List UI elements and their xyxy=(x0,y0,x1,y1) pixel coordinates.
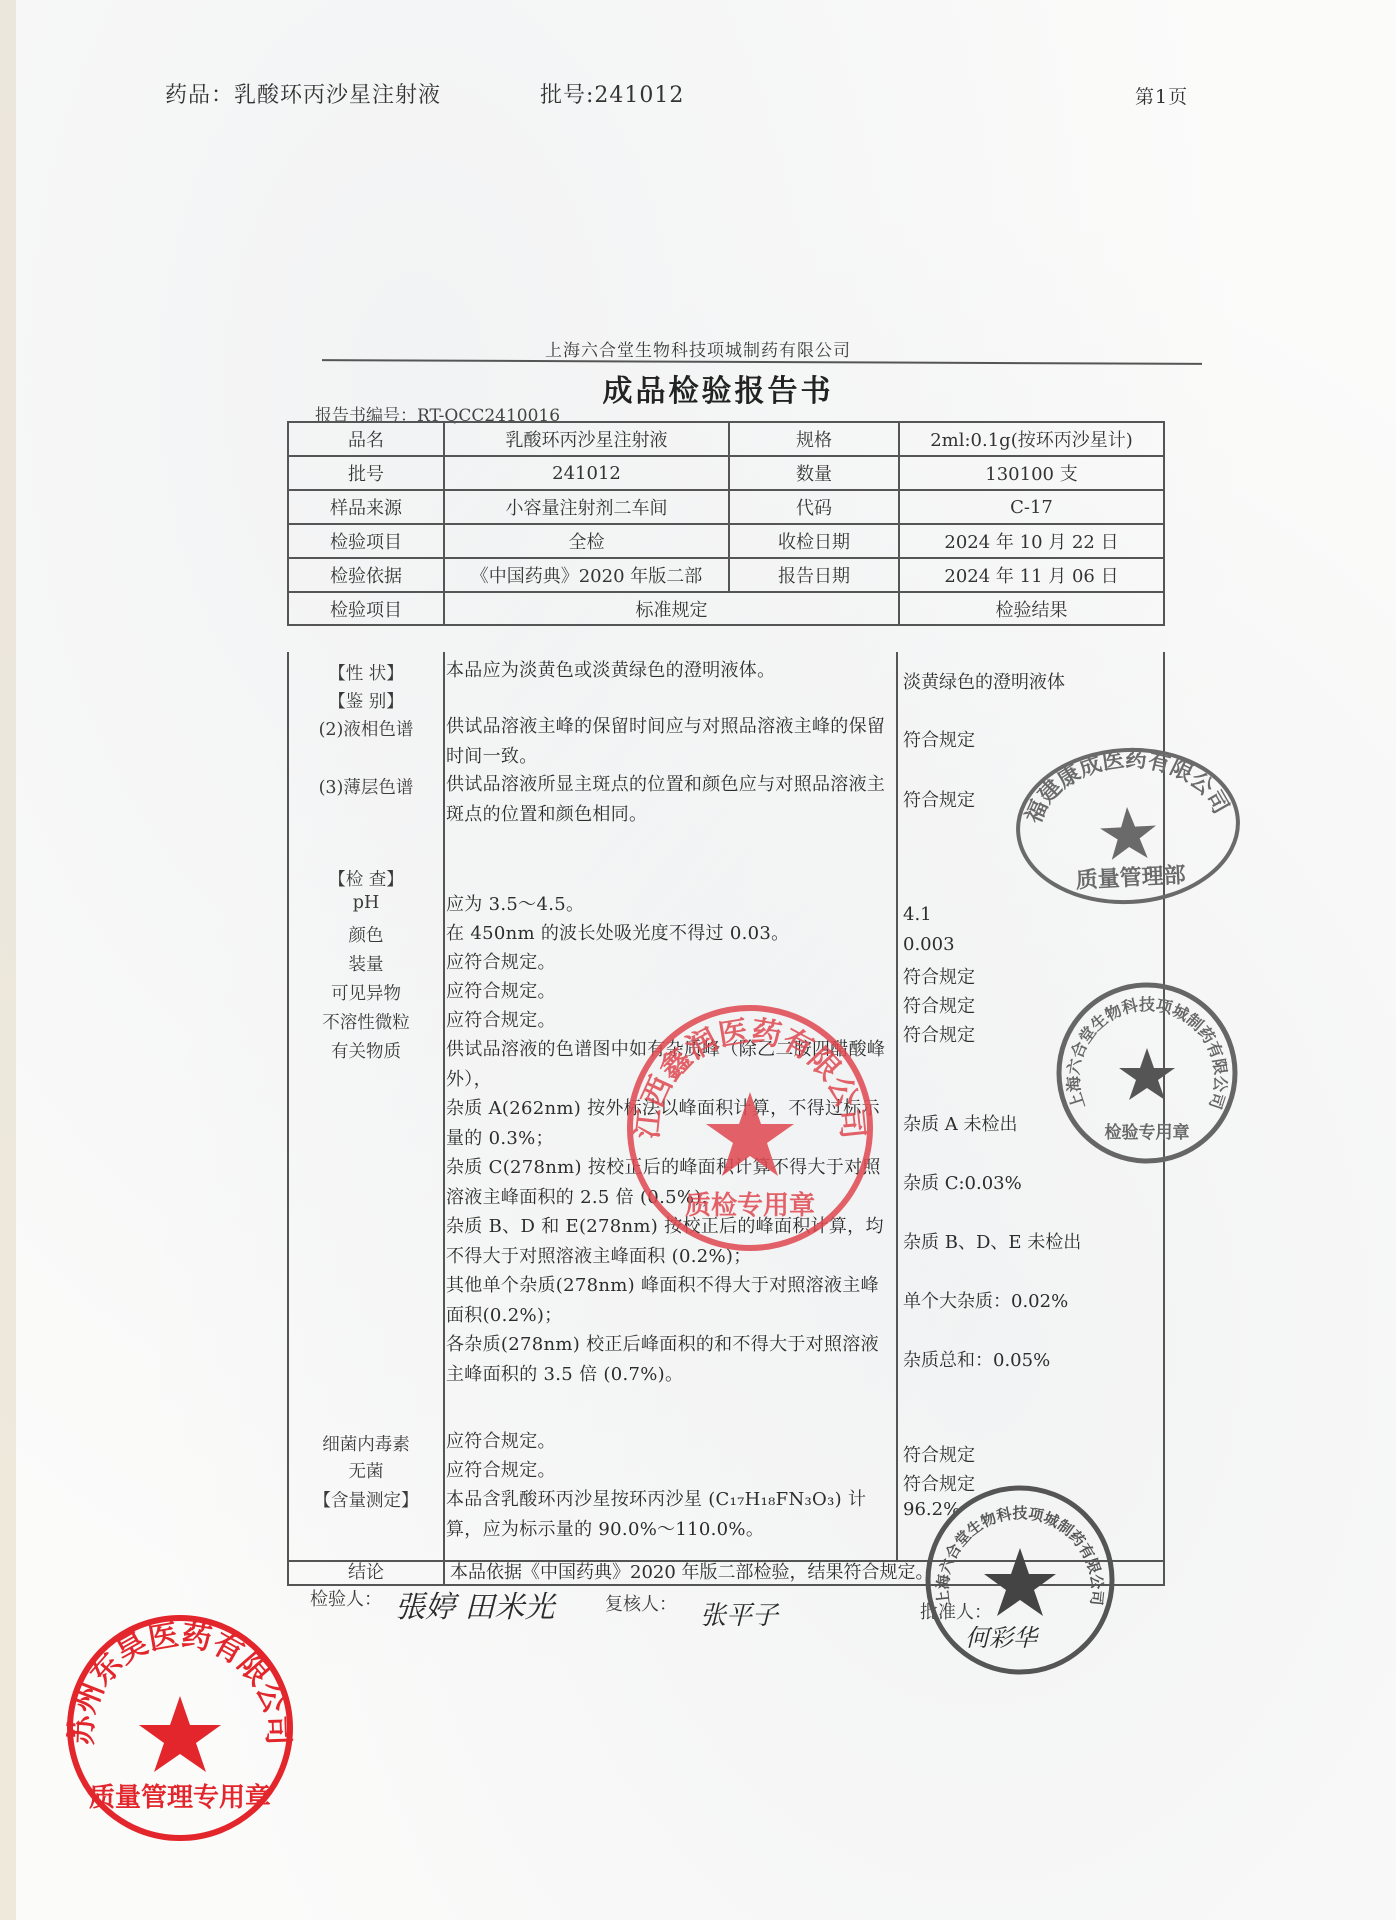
standard-ph: 应为 3.5～4.5。 xyxy=(446,890,896,920)
scan-edge xyxy=(0,0,16,1920)
info-label: 报告日期 xyxy=(729,558,899,592)
result-single-impurity: 单个大杂质：0.02% xyxy=(903,1287,1153,1313)
info-row: 检验项目全检收检日期2024 年 10 月 22 日 xyxy=(288,524,1164,558)
company-name: 上海六合堂生物科技项城制药有限公司 xyxy=(0,336,1396,361)
svg-text:检验专用章: 检验专用章 xyxy=(1105,1122,1190,1143)
info-label: 代码 xyxy=(729,490,899,524)
label-endotoxin: 细菌内毒素 xyxy=(289,1431,443,1456)
label-identification: 【鉴 别】 xyxy=(289,688,443,713)
stamp-oval-quality-dept: 福建康成医药有限公司 质量管理部 xyxy=(1009,739,1247,913)
standard-sterility: 应符合规定。 xyxy=(446,1456,896,1486)
info-value: 全检 xyxy=(444,524,729,558)
info-table: 品名乳酸环丙沙星注射液规格2ml:0.1g(按环丙沙星计)批号241012数量1… xyxy=(287,421,1165,626)
standard-endotoxin: 应符合规定。 xyxy=(446,1427,896,1457)
table-header-row: 检验项目 标准规定 检验结果 xyxy=(288,592,1164,625)
info-label: 样品来源 xyxy=(288,490,444,524)
label-color: 颜色 xyxy=(289,922,443,947)
header-item: 检验项目 xyxy=(288,592,444,625)
info-label: 收检日期 xyxy=(729,524,899,558)
info-row: 样品来源小容量注射剂二车间代码C-17 xyxy=(288,490,1164,524)
info-value: 2024 年 11 月 06 日 xyxy=(899,558,1164,592)
label-sterility: 无菌 xyxy=(289,1458,443,1483)
standard-appearance: 本品应为淡黄色或淡黄绿色的澄明液体。 xyxy=(446,656,896,686)
header-result: 检验结果 xyxy=(899,592,1164,625)
info-row: 品名乳酸环丙沙星注射液规格2ml:0.1g(按环丙沙星计) xyxy=(288,422,1164,456)
label-hplc: (2)液相色谱 xyxy=(289,716,443,741)
result-color: 0.003 xyxy=(903,934,1153,955)
info-label: 规格 xyxy=(729,422,899,456)
standard-single-impurity: 其他单个杂质(278nm) 峰面积不得大于对照溶液主峰面积(0.2%)； xyxy=(446,1271,896,1330)
label-inspection: 【检 查】 xyxy=(289,866,443,891)
column-divider xyxy=(896,652,898,1560)
stamp-round-red-corner: 苏州东昊医药有限公司 质量管理专用章 xyxy=(62,1610,298,1846)
stamp-round-red-qc: 江西鑫润医药有限公司 质检专用章 xyxy=(622,1000,878,1256)
result-impurity-bde: 杂质 B、D、E 未检出 xyxy=(903,1228,1153,1254)
info-value: 小容量注射剂二车间 xyxy=(444,490,729,524)
reviewer-label: 复核人： xyxy=(605,1590,677,1616)
label-ph: pH xyxy=(289,893,443,913)
label-fill-volume: 装量 xyxy=(289,951,443,976)
info-value: 乳酸环丙沙星注射液 xyxy=(444,422,729,456)
info-label: 批号 xyxy=(288,456,444,490)
label-insoluble-particles: 不溶性微粒 xyxy=(289,1009,443,1034)
info-value: 130100 支 xyxy=(899,456,1164,490)
svg-text:质量管理部: 质量管理部 xyxy=(1075,862,1186,894)
info-label: 检验项目 xyxy=(288,524,444,558)
label-tlc: (3)薄层色谱 xyxy=(289,774,443,799)
page-number: 第1页 xyxy=(1135,82,1188,109)
standard-color: 在 450nm 的波长处吸光度不得过 0.03。 xyxy=(446,919,896,949)
svg-text:质检专用章: 质检专用章 xyxy=(685,1190,815,1221)
header-standard: 标准规定 xyxy=(444,592,899,625)
standard-fill-volume: 应符合规定。 xyxy=(446,948,896,978)
standard-assay: 本品含乳酸环丙沙星按环丙沙星 (C₁₇H₁₈FN₃O₃) 计算，应为标示量的 9… xyxy=(446,1485,896,1544)
stamp-round-gray-approver: 上海六合堂生物科技项城制药有限公司 xyxy=(920,1480,1120,1680)
report-title: 成品检验报告书 xyxy=(20,366,1396,410)
batch-number-header: 批号:241012 xyxy=(540,78,684,109)
standard-total-impurity: 各杂质(278nm) 校正后峰面积的和不得大于对照溶液主峰面积的 3.5 倍 (… xyxy=(446,1330,896,1389)
info-label: 品名 xyxy=(288,422,444,456)
drug-name-header: 药品：乳酸环丙沙星注射液 xyxy=(165,78,441,109)
info-value: 《中国药典》2020 年版二部 xyxy=(444,558,729,592)
result-total-impurity: 杂质总和：0.05% xyxy=(903,1346,1153,1372)
standard-tlc: 供试品溶液所显主斑点的位置和颜色应与对照品溶液主斑点的位置和颜色相同。 xyxy=(446,770,896,829)
inspector-signature: 張婷 田米光 xyxy=(395,1582,555,1626)
label-visible-particles: 可见异物 xyxy=(289,980,443,1005)
label-appearance: 【性 状】 xyxy=(289,660,443,685)
info-row: 检验依据《中国药典》2020 年版二部报告日期2024 年 11 月 06 日 xyxy=(288,558,1164,592)
info-value: C-17 xyxy=(899,490,1164,524)
info-label: 检验依据 xyxy=(288,558,444,592)
info-value: 2ml:0.1g(按环丙沙星计) xyxy=(899,422,1164,456)
label-related-substances: 有关物质 xyxy=(289,1038,443,1063)
result-appearance: 淡黄绿色的澄明液体 xyxy=(903,668,1153,694)
info-value: 2024 年 10 月 22 日 xyxy=(899,524,1164,558)
column-divider xyxy=(443,1560,445,1584)
conclusion-text: 本品依据《中国药典》2020 年版二部检验，结果符合规定。 xyxy=(450,1558,934,1584)
inspector-label: 检验人： xyxy=(310,1585,382,1611)
info-label: 数量 xyxy=(729,456,899,490)
reviewer-signature: 张平子 xyxy=(700,1595,778,1632)
info-value: 241012 xyxy=(444,456,729,490)
conclusion-label: 结论 xyxy=(289,1558,443,1584)
result-endotoxin: 符合规定 xyxy=(903,1441,1153,1467)
info-row: 批号241012数量130100 支 xyxy=(288,456,1164,490)
column-divider xyxy=(443,652,445,1560)
svg-text:质量管理专用章: 质量管理专用章 xyxy=(89,1782,271,1813)
label-assay: 【含量测定】 xyxy=(289,1487,443,1512)
stamp-round-inspection: 上海六合堂生物科技项城制药有限公司 检验专用章 xyxy=(1052,978,1242,1168)
result-impurity-c: 杂质 C:0.03% xyxy=(903,1169,1153,1195)
standard-hplc: 供试品溶液主峰的保留时间应与对照品溶液主峰的保留时间一致。 xyxy=(446,712,896,771)
